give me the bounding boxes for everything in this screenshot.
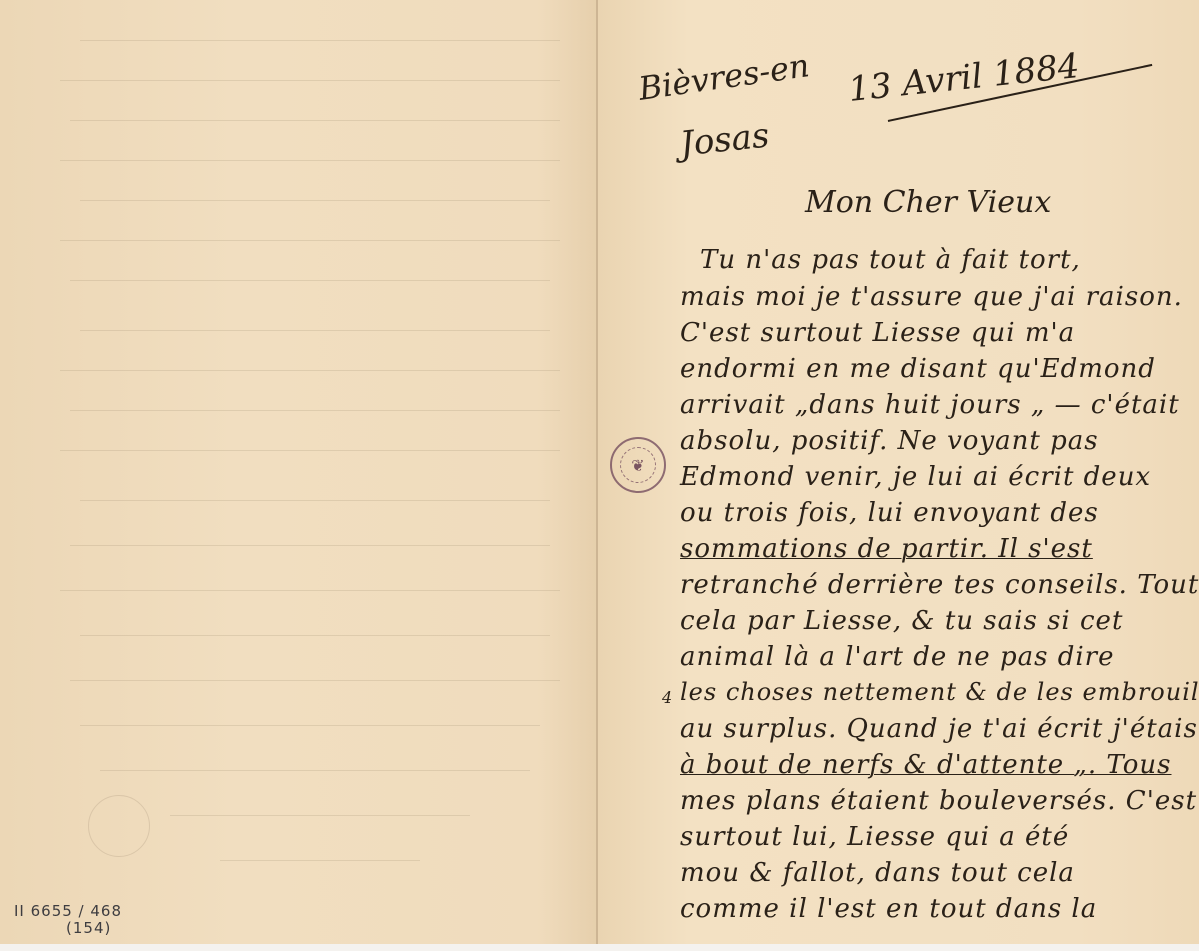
letter-line-3: C'est surtout Liesse qui m'a (680, 318, 1075, 348)
letter-line-6: absolu, positif. Ne voyant pas (680, 426, 1099, 456)
letter-line-4: endormi en me disant qu'Edmond (680, 354, 1156, 384)
stamp-emblem-icon: ❦ (620, 447, 656, 483)
letter-line-11: cela par Liesse, & tu sais si cet (680, 606, 1123, 636)
scan-border (0, 944, 1199, 951)
margin-mark: 4 (662, 688, 672, 707)
letter-line-7: Edmond venir, je lui ai écrit deux (680, 462, 1151, 492)
letter-line-12: animal là a l'art de ne pas dire (680, 642, 1114, 672)
letter-line-2: mais moi je t'assure que j'ai raison. (680, 282, 1183, 312)
letter-sheet: Bièvres-en Josas 13 Avril 1884 Mon Cher … (0, 0, 1199, 944)
catalog-number-line1: II 6655 / 468 (14, 903, 122, 920)
letter-line-17: surtout lui, Liesse qui a été (680, 822, 1069, 852)
letter-line-14: au surplus. Quand je t'ai écrit j'étais (680, 714, 1198, 744)
catalog-number-line2: (154) (14, 920, 122, 937)
letter-line-16: mes plans étaient bouleversés. C'est (680, 786, 1197, 816)
library-stamp: ❦ (610, 437, 666, 493)
letter-line-5: arrivait „dans huit jours „ — c'était (680, 390, 1180, 420)
letter-line-18: mou & fallot, dans tout cela (680, 858, 1075, 888)
letter-line-9: sommations de partir. Il s'est (680, 534, 1093, 564)
ghost-stamp-impression (88, 795, 150, 857)
letter-line-8: ou trois fois, lui envoyant des (680, 498, 1099, 528)
letter-line-10: retranché derrière tes conseils. Tout (680, 570, 1199, 600)
catalog-number: II 6655 / 468 (154) (14, 903, 122, 937)
letter-line-13: les choses nettement & de les embrouille… (680, 678, 1199, 706)
letter-line-1: Tu n'as pas tout à fait tort, (700, 245, 1081, 275)
letter-line-19: comme il l'est en tout dans la (680, 894, 1097, 924)
salutation: Mon Cher Vieux (805, 185, 1051, 220)
left-page (0, 0, 597, 944)
letter-line-15: à bout de nerfs & d'attente „. Tous (680, 750, 1172, 780)
